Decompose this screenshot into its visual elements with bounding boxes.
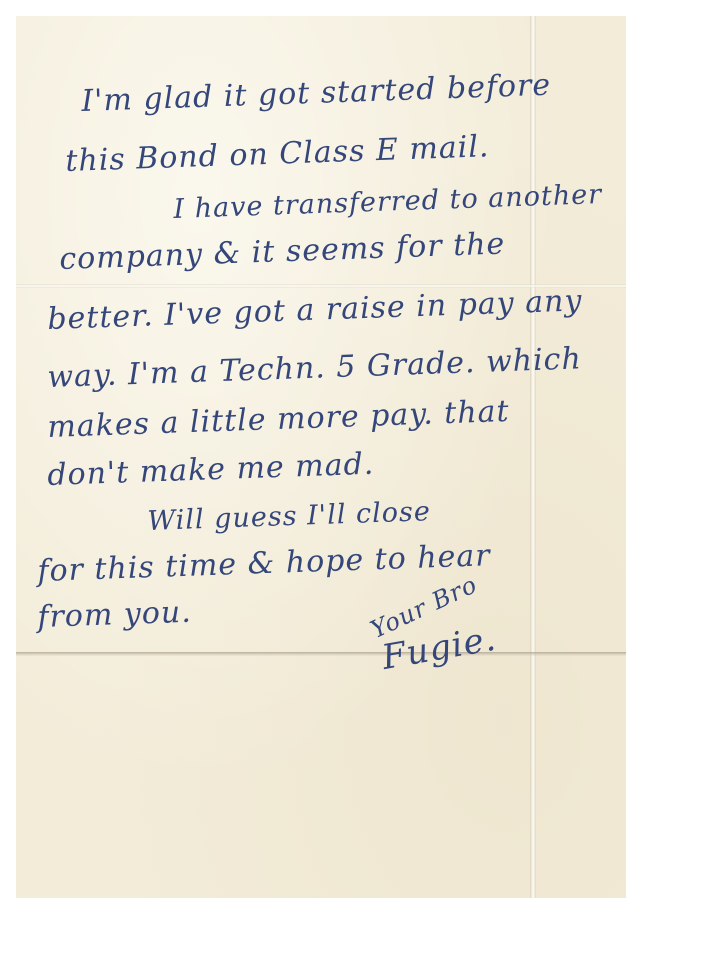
letter-line-1: I'm glad it got started before (81, 68, 552, 119)
letter-line-6: way. I'm a Techn. 5 Grade. which (47, 341, 583, 395)
letter-line-7: makes a little more pay. that (47, 394, 510, 445)
vertical-fold-crease (530, 16, 536, 898)
letter-line-4: company & it seems for the (59, 226, 506, 277)
letter-line-11: from you. (37, 595, 192, 635)
letter-line-8: don't make me mad. (47, 447, 375, 493)
letter-line-2: this Bond on Class E mail. (65, 129, 490, 179)
letter-line-10: for this time & hope to hear (37, 538, 491, 589)
letter-page: I'm glad it got started before this Bond… (16, 16, 626, 898)
letter-line-3: I have transferred to another (173, 179, 603, 225)
letter-line-5: better. I've got a raise in pay any (47, 283, 583, 337)
letter-line-9: Will guess I'll close (147, 496, 431, 537)
horizontal-fold-crease-lower (16, 652, 626, 656)
